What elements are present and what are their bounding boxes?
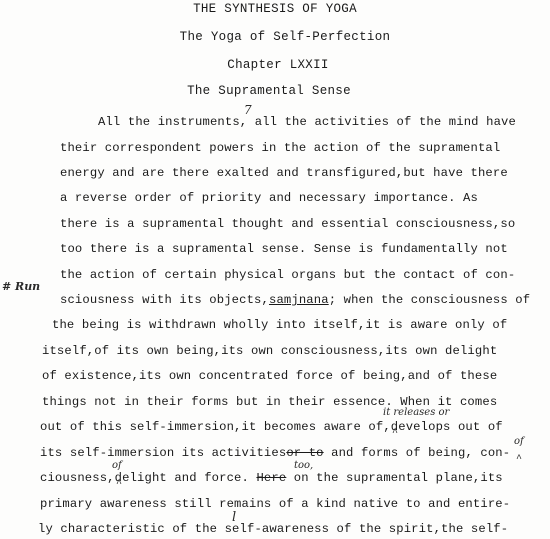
text-line-6: too there is a supramental sense. Sense … — [60, 242, 508, 256]
handwritten-insertion-of-1: of — [514, 436, 524, 447]
underlined-term: samjnana — [269, 293, 329, 307]
caret-mark: ^ — [392, 428, 398, 439]
text-line-15-end: on the supramental plane,its — [286, 471, 502, 485]
text-line-17: ly characteristic of the self-awareness … — [38, 522, 508, 536]
text-line-8-start: sciousness with its objects, — [60, 293, 269, 307]
manuscript-page: THE SYNTHESIS OF YOGA The Yoga of Self-P… — [0, 0, 550, 539]
text-line-7: the action of certain physical organs bu… — [60, 268, 515, 282]
text-line-14: its self-immersion its activitiesor to a… — [40, 446, 510, 460]
caret-mark: ^ — [516, 454, 522, 465]
text-line-11: of existence,its own concentrated force … — [42, 369, 497, 383]
text-line-16: primary awareness still remains of a kin… — [40, 497, 510, 511]
text-line-14-start: its self-immersion its activities — [40, 446, 286, 460]
text-line-15: ciousness,delight and force. Here on the… — [40, 471, 503, 485]
section-title: The Supramental Sense — [0, 84, 544, 98]
struck-word-here: Here — [256, 471, 286, 485]
text-line-9: the being is withdrawn wholly into itsel… — [52, 318, 507, 332]
text-line-1: All the instruments, all the activities … — [98, 115, 516, 129]
handwritten-insertion-releases: it releases or — [383, 407, 449, 418]
chapter-heading: Chapter LXXII — [3, 58, 550, 72]
text-line-3: energy and are there exalted and transfi… — [60, 166, 508, 180]
text-line-8-end: ; when the consciousness of — [329, 293, 531, 307]
part-title: The Yoga of Self-Perfection — [10, 30, 550, 44]
text-line-14-end: and forms of being, con- — [324, 446, 511, 460]
handwritten-insertion-of-2: of — [112, 460, 122, 471]
handwritten-insertion-too: too, — [294, 460, 313, 471]
margin-note: # Run — [2, 280, 40, 293]
struck-text: or to — [286, 446, 323, 460]
text-line-15-start: ciousness,delight and force. — [40, 471, 249, 485]
text-line-4: a reverse order of priority and necessar… — [60, 191, 478, 205]
book-title: THE SYNTHESIS OF YOGA — [0, 2, 550, 16]
text-line-10: itself,of its own being,its own consciou… — [42, 344, 497, 358]
text-line-5: there is a supramental thought and essen… — [60, 217, 515, 231]
caret-mark: ^ — [116, 479, 122, 490]
text-line-8: sciousness with its objects,samjnana; wh… — [60, 293, 530, 307]
text-line-2: their correspondent powers in the action… — [60, 141, 500, 155]
text-line-13: out of this self-immersion,it becomes aw… — [40, 420, 503, 434]
